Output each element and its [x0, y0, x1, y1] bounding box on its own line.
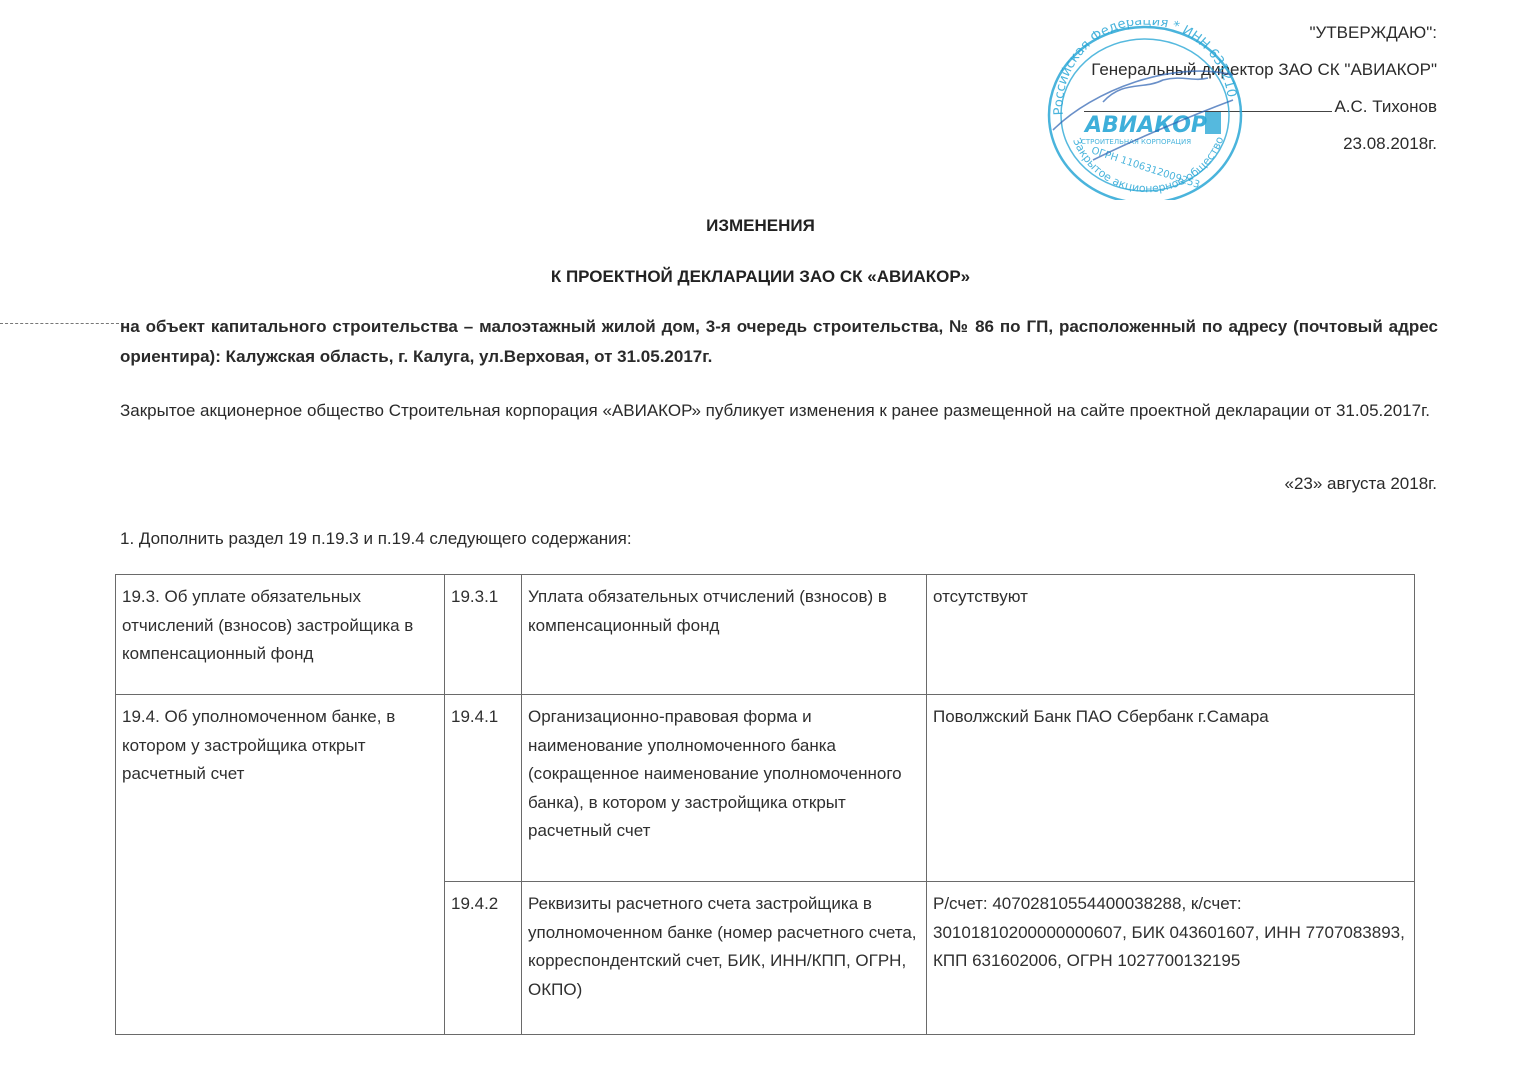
company-stamp-icon: Российская Федерация * ИНН 6312102 Закры…: [1033, 20, 1258, 200]
document-title: ИЗМЕНЕНИЯ: [0, 216, 1521, 236]
section-cell: 19.4. Об уполномоченном банке, в котором…: [116, 695, 445, 1035]
table-row: 19.4. Об уполномоченном банке, в котором…: [116, 695, 1415, 882]
instruction-text: 1. Дополнить раздел 19 п.19.3 и п.19.4 с…: [120, 524, 1438, 554]
publication-date: «23» августа 2018г.: [1285, 474, 1437, 494]
scan-artifact-line: [0, 323, 124, 325]
section-cell: 19.3. Об уплате обязательных отчислений …: [116, 575, 445, 695]
value-cell: Р/счет: 40702810554400038288, к/счет: 30…: [927, 882, 1415, 1035]
field-cell: Уплата обязательных отчислений (взносов)…: [522, 575, 927, 695]
intro-paragraph: Закрытое акционерное общество Строительн…: [120, 396, 1438, 426]
table-row: 19.3. Об уплате обязательных отчислений …: [116, 575, 1415, 695]
value-cell: отсутствуют: [927, 575, 1415, 695]
field-cell: Организационно-правовая форма и наименов…: [522, 695, 927, 882]
code-cell: 19.4.1: [445, 695, 522, 882]
stamp-top-text: Российская Федерация * ИНН 6312102: [1033, 20, 1239, 116]
code-cell: 19.3.1: [445, 575, 522, 695]
approval-signatory: А.С. Тихонов: [1334, 97, 1437, 116]
svg-text:Российская Федерация * ИНН 631: Российская Федерация * ИНН 6312102: [1033, 20, 1239, 116]
value-cell: Поволжский Банк ПАО Сбербанк г.Самара: [927, 695, 1415, 882]
code-cell: 19.4.2: [445, 882, 522, 1035]
document-subtitle: К ПРОЕКТНОЙ ДЕКЛАРАЦИИ ЗАО СК «АВИАКОР»: [0, 267, 1521, 287]
object-description: на объект капитального строительства – м…: [120, 312, 1438, 372]
field-cell: Реквизиты расчетного счета застройщика в…: [522, 882, 927, 1035]
declaration-changes-table: 19.3. Об уплате обязательных отчислений …: [115, 574, 1415, 1035]
